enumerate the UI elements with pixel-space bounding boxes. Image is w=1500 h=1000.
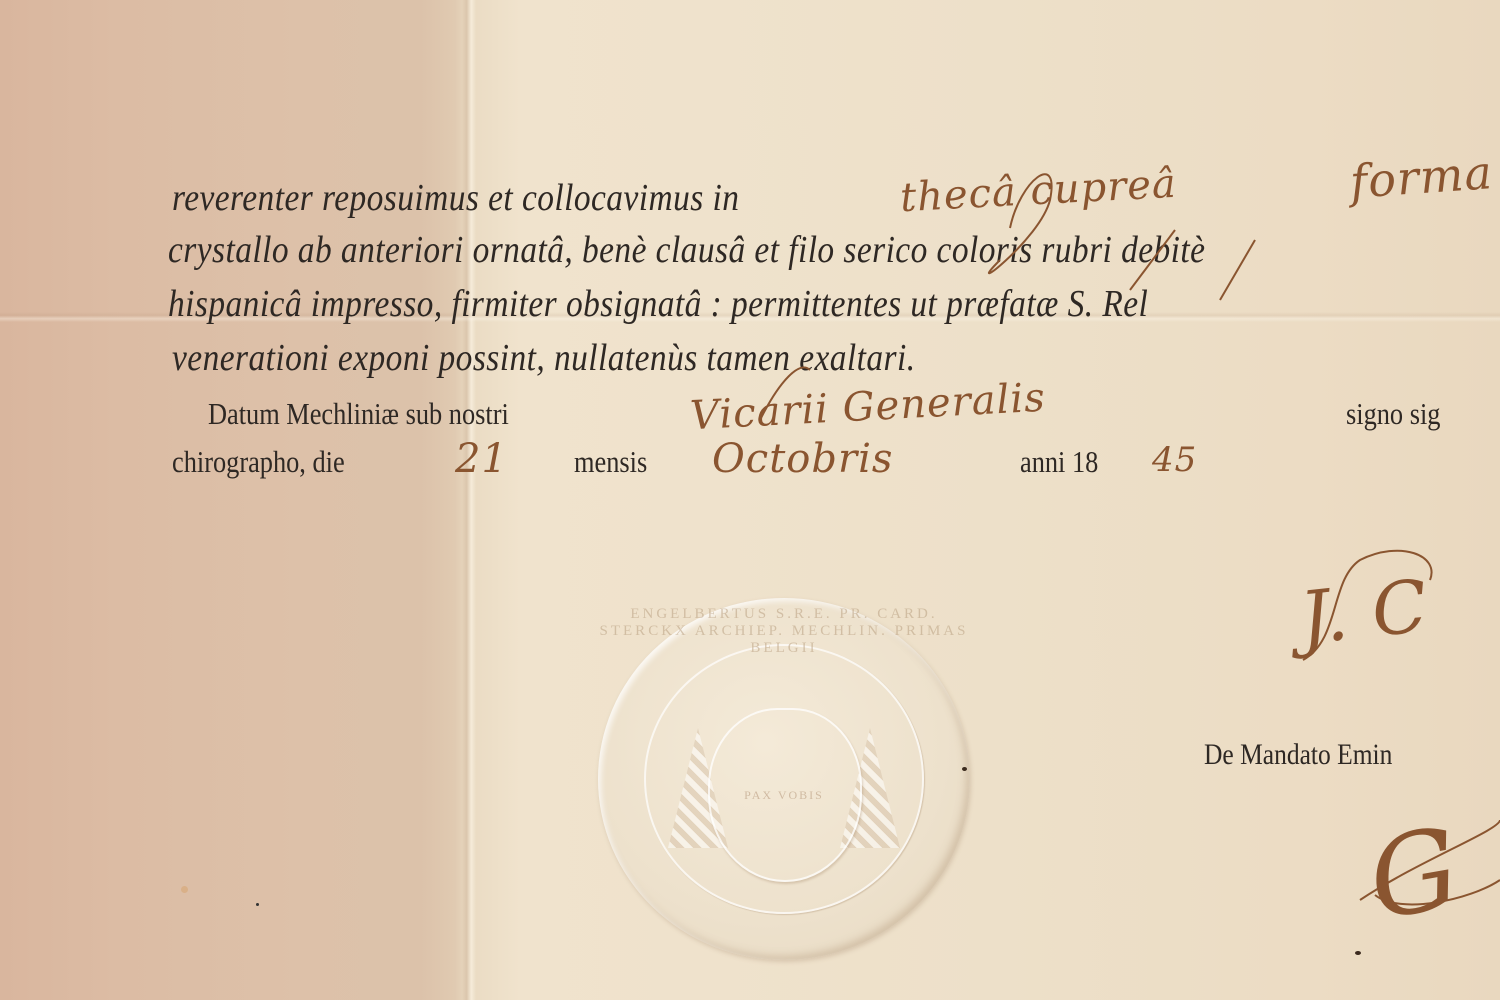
printed-line-4: venerationi exponi possint, nullatenùs t…	[172, 336, 916, 380]
vertical-fold-crease	[462, 0, 476, 1000]
seal-legend: ENGELBERTUS S.R.E. PR. CARD. STERCKX ARC…	[598, 606, 970, 657]
printed-signo-text: signo sig	[1346, 396, 1440, 432]
printed-line-1: reverenter reposuimus et collocavimus in	[172, 176, 739, 220]
embossed-seal: ENGELBERTUS S.R.E. PR. CARD. STERCKX ARC…	[598, 598, 970, 960]
handwritten-day: 21	[455, 436, 508, 482]
handwritten-container-continued: forma	[1348, 145, 1494, 209]
printed-datum-line: Datum Mechliniæ sub nostri	[208, 396, 509, 432]
signature-initials: J. C	[1296, 564, 1432, 661]
printed-chirographo-text: chirographo, die	[172, 444, 345, 480]
printed-line-2: crystallo ab anteriori ornatâ, benè clau…	[168, 228, 1205, 272]
handwritten-year-suffix: 45	[1152, 440, 1197, 480]
paper-stain	[181, 886, 188, 893]
handwritten-month: Octobris	[712, 436, 893, 482]
printed-anni-text: anni 18	[1020, 444, 1098, 480]
paper-speck	[256, 903, 259, 906]
printed-mensis-text: mensis	[574, 444, 647, 480]
paper-speck	[1355, 951, 1361, 955]
mandate-line: De Mandato Emin	[1204, 738, 1392, 772]
seal-motto: PAX VOBIS	[598, 788, 970, 803]
printed-line-3: hispanicâ impresso, firmiter obsignatâ :…	[168, 282, 1148, 326]
paper-speck	[962, 767, 967, 771]
